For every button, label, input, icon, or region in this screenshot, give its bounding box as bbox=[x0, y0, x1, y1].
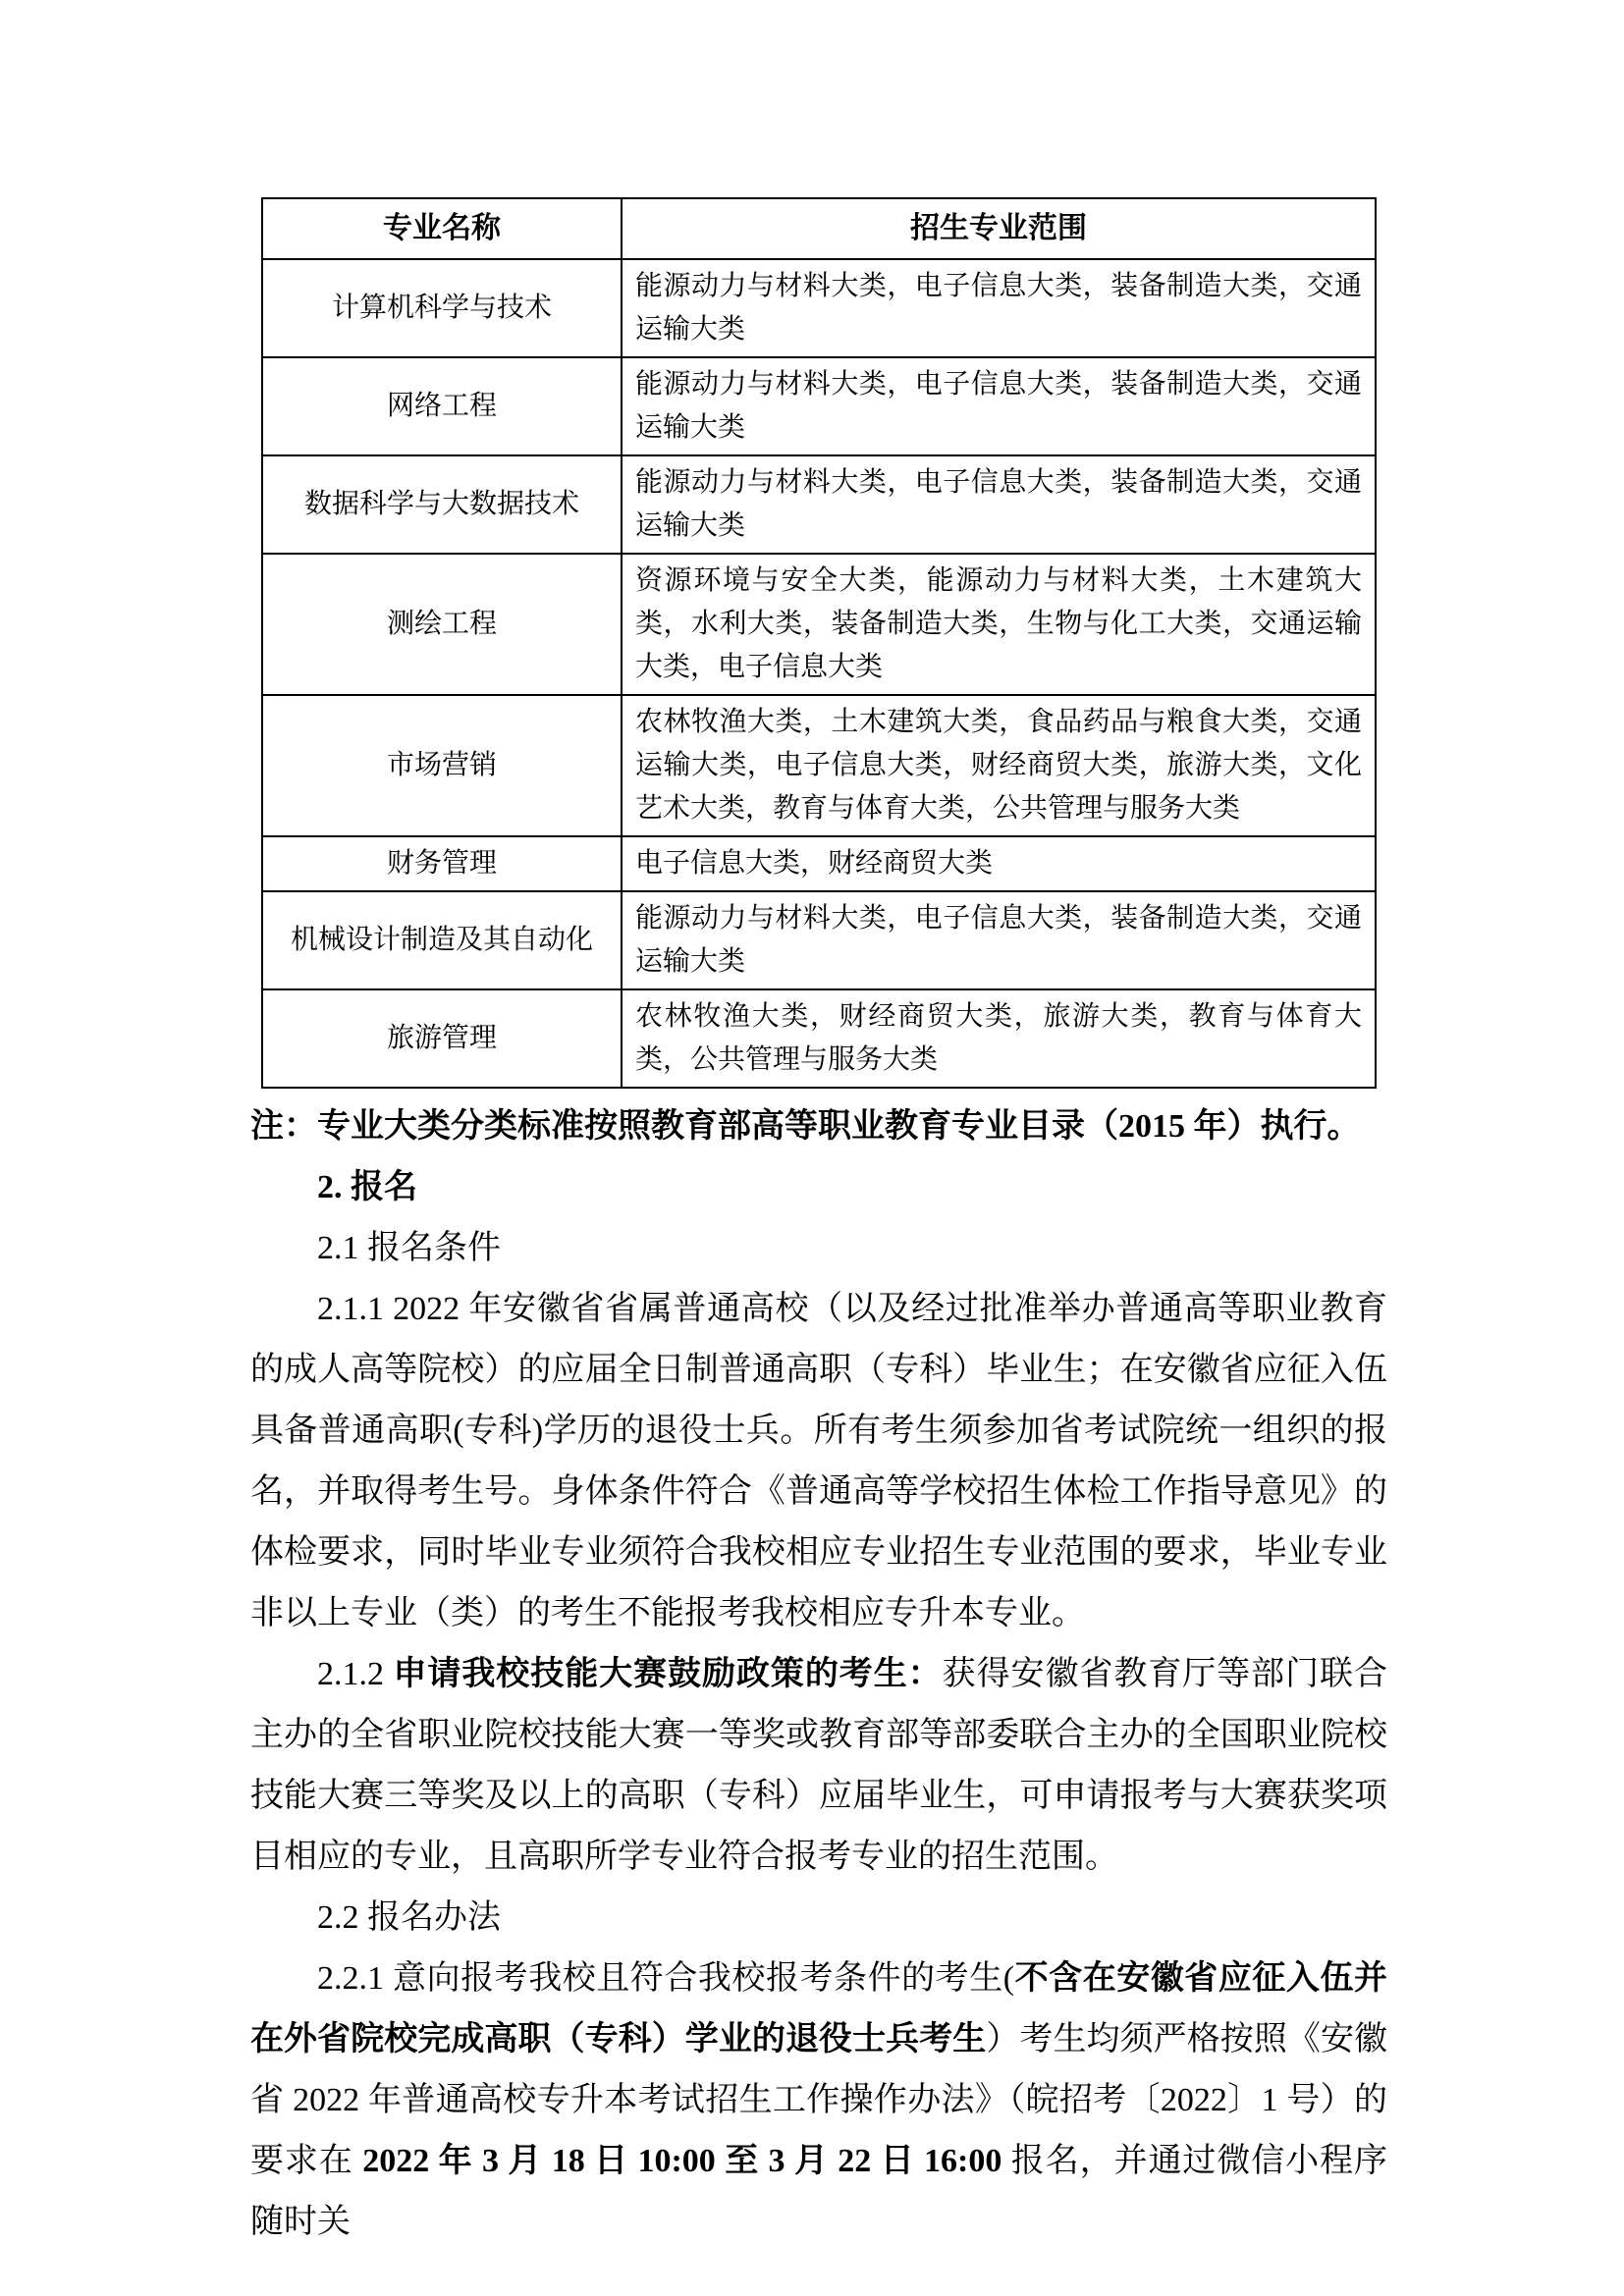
admission-scope-cell: 能源动力与材料大类，电子信息大类，装备制造大类，交通运输大类 bbox=[622, 455, 1376, 554]
admission-scope-cell: 能源动力与材料大类，电子信息大类，装备制造大类，交通运输大类 bbox=[622, 891, 1376, 989]
major-name-cell: 数据科学与大数据技术 bbox=[262, 455, 622, 554]
document-content: 专业名称 招生专业范围 计算机科学与技术 能源动力与材料大类，电子信息大类，装备… bbox=[250, 0, 1387, 2253]
table-row: 机械设计制造及其自动化 能源动力与材料大类，电子信息大类，装备制造大类，交通运输… bbox=[262, 891, 1376, 989]
paragraph-2-2-1-bold-datetime: 2022 年 3 月 18 日 10:00 至 3 月 22 日 16:00 bbox=[362, 2143, 1001, 2179]
admission-scope-cell: 电子信息大类，财经商贸大类 bbox=[622, 836, 1376, 891]
table-row: 财务管理 电子信息大类，财经商贸大类 bbox=[262, 836, 1376, 891]
major-name-cell: 机械设计制造及其自动化 bbox=[262, 891, 622, 989]
document-page: 专业名称 招生专业范围 计算机科学与技术 能源动力与材料大类，电子信息大类，装备… bbox=[0, 0, 1624, 2296]
paragraph-2-1-1: 2.1.1 2022 年安徽省省属普通高校（以及经过批准举办普通高等职业教育的成… bbox=[250, 1279, 1387, 1644]
table-note-line: 注：专业大类分类标准按照教育部高等职业教育专业目录（2015 年）执行。 bbox=[250, 1096, 1387, 1157]
table-row: 网络工程 能源动力与材料大类，电子信息大类，装备制造大类，交通运输大类 bbox=[262, 357, 1376, 455]
col-header-admission-scope: 招生专业范围 bbox=[622, 198, 1376, 259]
table-row: 市场营销 农林牧渔大类，土木建筑大类，食品药品与粮食大类，交通运输大类，电子信息… bbox=[262, 695, 1376, 836]
body-text: 注：专业大类分类标准按照教育部高等职业教育专业目录（2015 年）执行。 2. … bbox=[250, 1096, 1387, 2253]
table-row: 旅游管理 农林牧渔大类，财经商贸大类，旅游大类，教育与体育大类，公共管理与服务大… bbox=[262, 989, 1376, 1088]
paragraph-2-2-1-lead: 2.2.1 意向报考我校且符合我校报考条件的考生( bbox=[317, 1960, 1014, 1997]
paragraph-2-2-1: 2.2.1 意向报考我校且符合我校报考条件的考生(不含在安徽省应征入伍并在外省院… bbox=[250, 1949, 1387, 2253]
subsection-heading-registration-conditions: 2.1 报名条件 bbox=[250, 1218, 1387, 1279]
subsection-heading-registration-method: 2.2 报名办法 bbox=[250, 1888, 1387, 1949]
major-name-cell: 网络工程 bbox=[262, 357, 622, 455]
major-name-cell: 市场营销 bbox=[262, 695, 622, 836]
major-name-cell: 计算机科学与技术 bbox=[262, 259, 622, 357]
paragraph-2-1-2-bold-lead: 申请我校技能大赛鼓励政策的考生： bbox=[393, 1656, 942, 1692]
admission-scope-cell: 农林牧渔大类，土木建筑大类，食品药品与粮食大类，交通运输大类，电子信息大类，财经… bbox=[622, 695, 1376, 836]
table-row: 计算机科学与技术 能源动力与材料大类，电子信息大类，装备制造大类，交通运输大类 bbox=[262, 259, 1376, 357]
table-header-row: 专业名称 招生专业范围 bbox=[262, 198, 1376, 259]
paragraph-2-1-2-number: 2.1.2 bbox=[317, 1656, 393, 1692]
paragraph-2-1-2: 2.1.2 申请我校技能大赛鼓励政策的考生：获得安徽省教育厅等部门联合主办的全省… bbox=[250, 1644, 1387, 1888]
major-name-cell: 旅游管理 bbox=[262, 989, 622, 1088]
table-row: 数据科学与大数据技术 能源动力与材料大类，电子信息大类，装备制造大类，交通运输大… bbox=[262, 455, 1376, 554]
admission-scope-cell: 资源环境与安全大类，能源动力与材料大类，土木建筑大类，水利大类，装备制造大类，生… bbox=[622, 554, 1376, 695]
major-name-cell: 财务管理 bbox=[262, 836, 622, 891]
admission-scope-cell: 能源动力与材料大类，电子信息大类，装备制造大类，交通运输大类 bbox=[622, 357, 1376, 455]
section-heading-registration: 2. 报名 bbox=[250, 1157, 1387, 1218]
col-header-major-name: 专业名称 bbox=[262, 198, 622, 259]
major-name-cell: 测绘工程 bbox=[262, 554, 622, 695]
admission-scope-cell: 能源动力与材料大类，电子信息大类，装备制造大类，交通运输大类 bbox=[622, 259, 1376, 357]
admission-scope-cell: 农林牧渔大类，财经商贸大类，旅游大类，教育与体育大类，公共管理与服务大类 bbox=[622, 989, 1376, 1088]
table-row: 测绘工程 资源环境与安全大类，能源动力与材料大类，土木建筑大类，水利大类，装备制… bbox=[262, 554, 1376, 695]
admission-majors-table: 专业名称 招生专业范围 计算机科学与技术 能源动力与材料大类，电子信息大类，装备… bbox=[261, 197, 1377, 1089]
